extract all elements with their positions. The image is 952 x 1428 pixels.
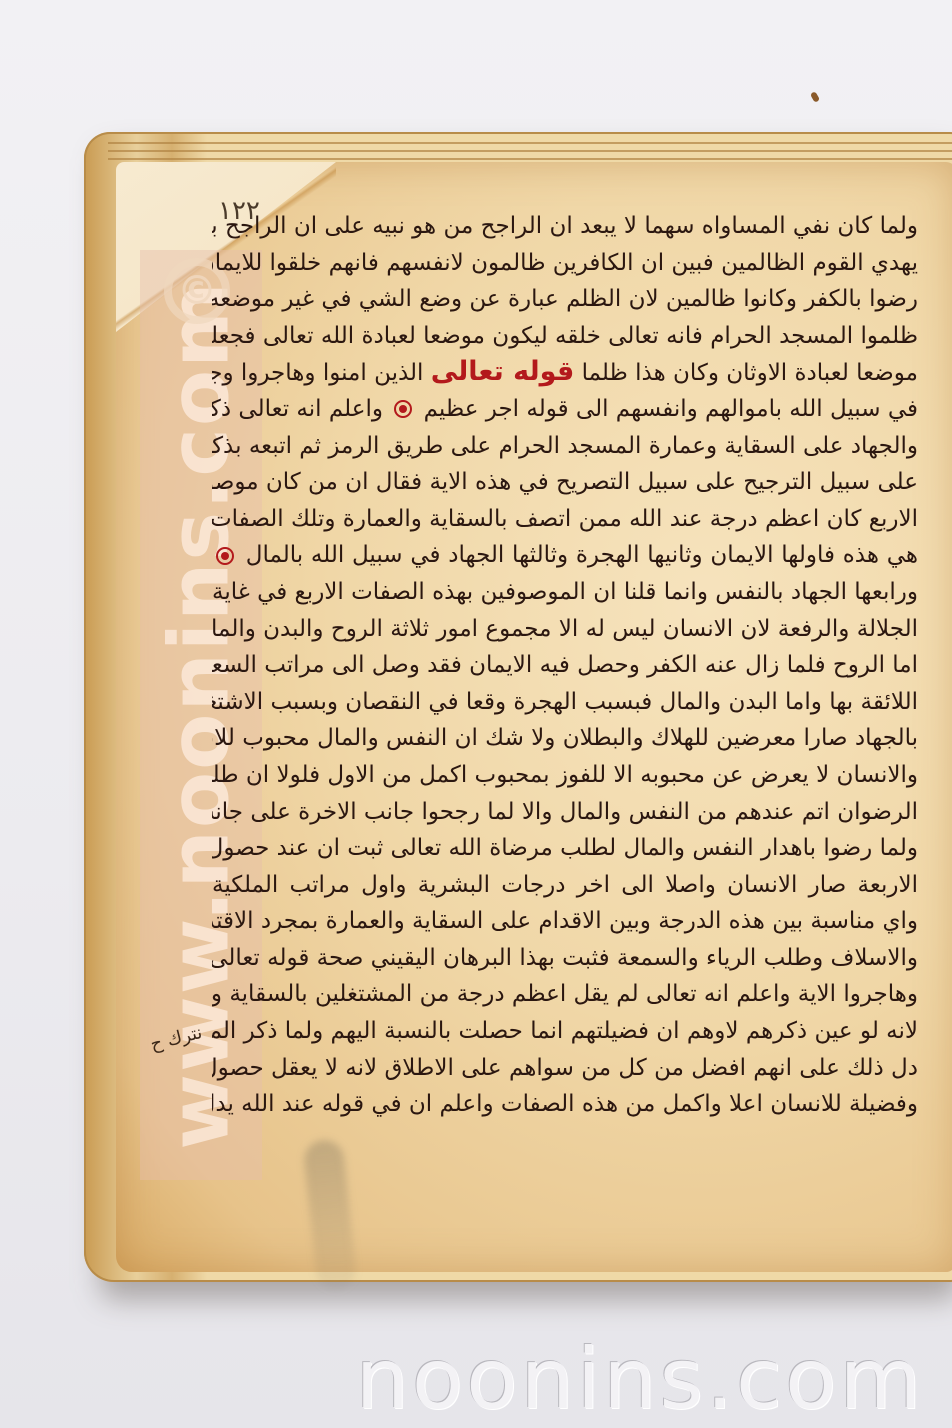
text-line-17: الرضوان اتم عندهم من النفس والمال والا ل… xyxy=(212,794,918,831)
text-line-6-end: واعلم انه تعالى ذكر ترجيح الايمان xyxy=(212,396,383,422)
text-line-16: والانسان لا يعرض عن محبوبه الا للفوز بمح… xyxy=(212,757,918,794)
speck xyxy=(810,91,820,103)
text-line-6: في سبيل الله باموالهم وانفسهم الى قوله ا… xyxy=(212,391,918,428)
text-line-8: على سبيل الترجيح على سبيل التصريح في هذه… xyxy=(212,464,918,501)
text-line-18: ولما رضوا باهدار النفس والمال لطلب مرضاة… xyxy=(212,830,918,867)
text-line-5-start: موضعا لعبادة الاوثان وكان هذا ظلما xyxy=(582,360,918,386)
text-line-2: يهدي القوم الظالمين فبين ان الكافرين ظال… xyxy=(212,245,918,282)
text-line-21: والاسلاف وطلب الرياء والسمعة فثبت بهذا ا… xyxy=(212,940,918,977)
rubric-heading: قوله تعالى xyxy=(431,356,575,387)
text-line-6-start: في سبيل الله باموالهم وانفسهم الى قوله ا… xyxy=(424,396,918,422)
text-line-13: اما الروح فلما زال عنه الكفر وحصل فيه ال… xyxy=(212,647,918,684)
manuscript-text: ولما كان نفي المساواه سهما لا يبعد ان ال… xyxy=(212,208,918,1123)
text-line-19: الاربعة صار الانسان واصلا الى اخر درجات … xyxy=(212,867,918,904)
text-line-4: ظلموا المسجد الحرام فانه تعالى خلقه ليكو… xyxy=(212,318,918,355)
text-line-10-text: هي هذه فاولها الايمان وثانيها الهجرة وثا… xyxy=(246,542,918,568)
text-line-14: اللائقة بها واما البدن والمال فبسبب الهج… xyxy=(212,684,918,721)
text-line-23: لانه لو عين ذكرهم لاوهم ان فضيلتهم انما … xyxy=(212,1013,918,1050)
copyright-symbol: © xyxy=(177,268,217,314)
text-line-12: الجلالة والرفعة لان الانسان ليس له الا م… xyxy=(212,611,918,648)
text-line-1: ولما كان نفي المساواه سهما لا يبعد ان ال… xyxy=(212,208,918,245)
text-line-24: دل ذلك على انهم افضل من كل من سواهم على … xyxy=(212,1050,918,1087)
text-line-11: ورابعها الجهاد بالنفس وانما قلنا ان المو… xyxy=(212,574,918,611)
text-line-25: وفضيلة للانسان اعلا واكمل من هذه الصفات … xyxy=(212,1086,918,1123)
verse-end-marker-icon xyxy=(394,400,412,418)
text-line-5: موضعا لعبادة الاوثان وكان هذا ظلما قوله … xyxy=(212,354,918,391)
text-line-20: واي مناسبة بين هذه الدرجة وبين الاقدام ع… xyxy=(212,903,918,940)
text-line-5-end: الذين امنوا وهاجروا وجاهدوا xyxy=(212,360,423,386)
section-end-marker-icon xyxy=(216,547,234,565)
watermark-bottom: noonins.com xyxy=(340,1330,940,1428)
text-line-3: رضوا بالكفر وكانوا ظالمين لان الظلم عبار… xyxy=(212,281,918,318)
text-line-15: بالجهاد صارا معرضين للهلاك والبطلان ولا … xyxy=(212,720,918,757)
text-line-7: والجهاد على السقاية وعمارة المسجد الحرام… xyxy=(212,428,918,465)
text-line-9: الاربع كان اعظم درجة عند الله ممن اتصف ب… xyxy=(212,501,918,538)
text-line-10: هي هذه فاولها الايمان وثانيها الهجرة وثا… xyxy=(212,537,918,574)
text-line-22: وهاجروا الاية واعلم انه تعالى لم يقل اعظ… xyxy=(212,976,918,1013)
